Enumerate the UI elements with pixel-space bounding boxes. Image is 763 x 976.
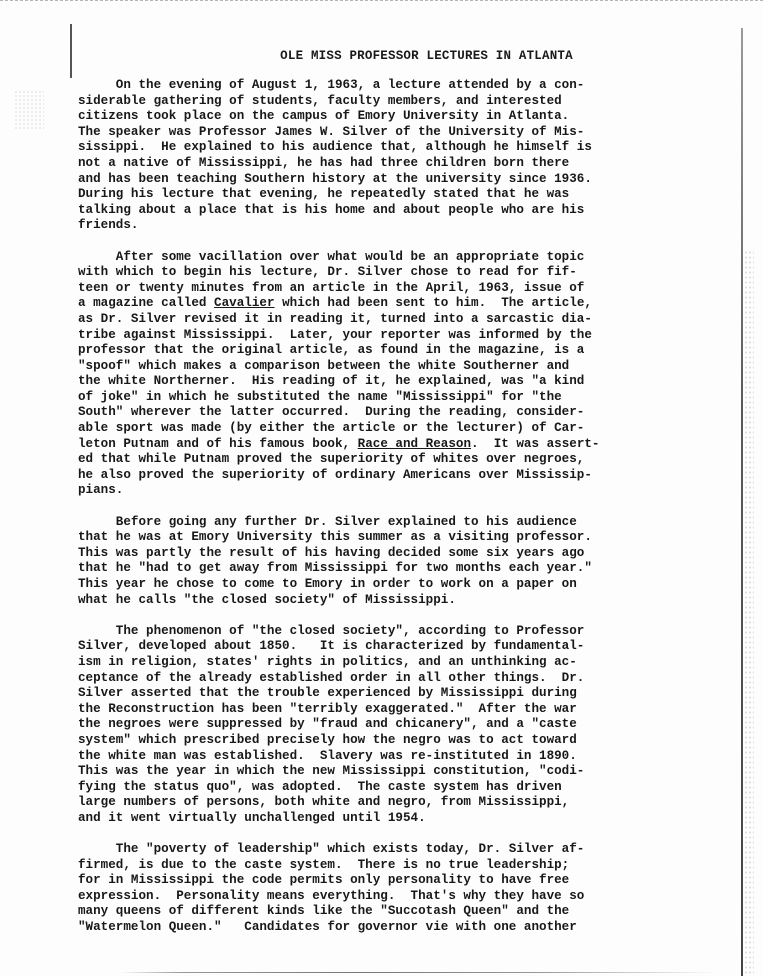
text-line: "Watermelon Queen." Candidates for gover… <box>78 920 698 936</box>
text-line: sissippi. He explained to his audience t… <box>78 140 698 156</box>
text-line: The phenomenon of "the closed society", … <box>78 624 698 640</box>
text-line: This was partly the result of his having… <box>78 546 698 562</box>
text-line: the white Northerner. His reading of it,… <box>78 374 698 390</box>
text-line: The "poverty of leadership" which exists… <box>78 842 698 858</box>
text-line: fying the status quo", was adopted. The … <box>78 780 698 796</box>
text-line: the Reconstruction has been "terribly ex… <box>78 702 698 718</box>
text-line: he also proved the superiority of ordina… <box>78 468 698 484</box>
text-line: citizens took place on the campus of Emo… <box>78 109 698 125</box>
text-line: siderable gathering of students, faculty… <box>78 94 698 110</box>
text-line: This year he chose to come to Emory in o… <box>78 577 698 593</box>
text-line: The speaker was Professor James W. Silve… <box>78 125 698 141</box>
text-line: Silver, developed about 1850. It is char… <box>78 639 698 655</box>
text-line: large numbers of persons, both white and… <box>78 795 698 811</box>
text-line: ism in religion, states' rights in polit… <box>78 655 698 671</box>
text-line: South" wherever the latter occurred. Dur… <box>78 405 698 421</box>
text-line: system" which prescribed precisely how t… <box>78 733 698 749</box>
text-line: and has been teaching Southern history a… <box>78 172 698 188</box>
text-line: what he calls "the closed society" of Mi… <box>78 593 698 609</box>
scan-noise-right <box>744 250 754 976</box>
text-line: Silver asserted that the trouble experie… <box>78 686 698 702</box>
text-line: friends. <box>78 218 698 234</box>
text-line: ceptance of the already established orde… <box>78 671 698 687</box>
scan-edge-bottom <box>120 972 720 973</box>
text-line: firmed, is due to the caste system. Ther… <box>78 858 698 874</box>
document-title: OLE MISS PROFESSOR LECTURES IN ATLANTA <box>0 49 763 63</box>
document-body: On the evening of August 1, 1963, a lect… <box>78 78 698 951</box>
text-line: able sport was made (by either the artic… <box>78 421 698 437</box>
text-line: During his lecture that evening, he repe… <box>78 187 698 203</box>
text-line: and it went virtually unchallenged until… <box>78 811 698 827</box>
text-line: Before going any further Dr. Silver expl… <box>78 515 698 531</box>
scan-edge-top <box>0 0 763 2</box>
underlined-title: Cavalier <box>214 296 274 310</box>
text-line: a magazine called Cavalier which had bee… <box>78 296 698 312</box>
paragraph-4: The phenomenon of "the closed society", … <box>78 624 698 827</box>
scanned-page: OLE MISS PROFESSOR LECTURES IN ATLANTA O… <box>0 0 763 976</box>
text-line: that he "had to get away from Mississipp… <box>78 561 698 577</box>
text-line: "spoof" which makes a comparison between… <box>78 359 698 375</box>
text-line: expression. Personality means everything… <box>78 889 698 905</box>
paragraph-5: The "poverty of leadership" which exists… <box>78 842 698 936</box>
text-line: as Dr. Silver revised it in reading it, … <box>78 312 698 328</box>
text-line: teen or twenty minutes from an article i… <box>78 281 698 297</box>
text-line: that he was at Emory University this sum… <box>78 530 698 546</box>
paragraph-1: On the evening of August 1, 1963, a lect… <box>78 78 698 234</box>
text-line: of joke" in which he substituted the nam… <box>78 390 698 406</box>
text-line: professor that the original article, as … <box>78 343 698 359</box>
paragraph-2: After some vacillation over what would b… <box>78 250 698 500</box>
paragraph-3: Before going any further Dr. Silver expl… <box>78 515 698 609</box>
text-line: After some vacillation over what would b… <box>78 250 698 266</box>
text-line: the negroes were suppressed by "fraud an… <box>78 717 698 733</box>
scan-noise-left <box>14 90 44 130</box>
text-line: On the evening of August 1, 1963, a lect… <box>78 78 698 94</box>
text-line: pians. <box>78 483 698 499</box>
text-line: This was the year in which the new Missi… <box>78 764 698 780</box>
text-line: tribe against Mississippi. Later, your r… <box>78 328 698 344</box>
text-line: talking about a place that is his home a… <box>78 203 698 219</box>
scan-edge-right <box>741 28 743 976</box>
text-line: not a native of Mississippi, he has had … <box>78 156 698 172</box>
text-line: for in Mississippi the code permits only… <box>78 873 698 889</box>
text-line: ed that while Putnam proved the superior… <box>78 452 698 468</box>
text-line: the white man was established. Slavery w… <box>78 749 698 765</box>
text-line: with which to begin his lecture, Dr. Sil… <box>78 265 698 281</box>
text-line: leton Putnam and of his famous book, Rac… <box>78 437 698 453</box>
underlined-title: Race and Reason <box>358 437 471 451</box>
text-line: many queens of different kinds like the … <box>78 904 698 920</box>
